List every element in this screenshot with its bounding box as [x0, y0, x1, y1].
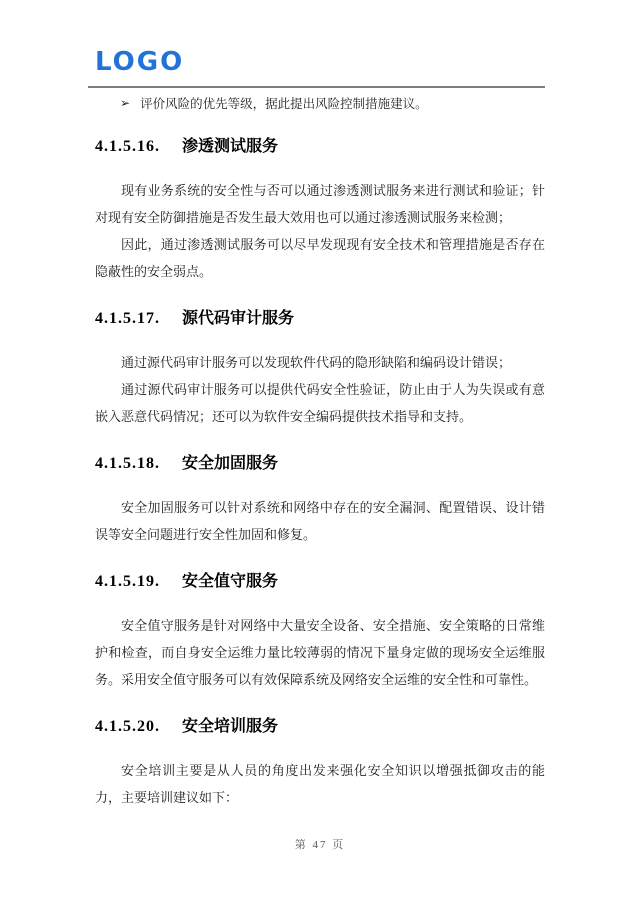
section-paragraph: 安全值守服务是针对网络中大量安全设备、安全措施、安全策略的日常维护和检查，而自身…: [95, 612, 545, 693]
section-number: 4.1.5.17.: [95, 310, 160, 327]
section-number: 4.1.5.18.: [95, 455, 160, 472]
section-penetration-testing: 4.1.5.16. 渗透测试服务 现有业务系统的安全性与否可以通过渗透测试服务来…: [95, 137, 545, 285]
document-body: 4.1.5.16. 渗透测试服务 现有业务系统的安全性与否可以通过渗透测试服务来…: [95, 137, 545, 811]
intro-bullet-text: 评价风险的优先等级，据此提出风险控制措施建议。: [140, 97, 428, 111]
section-title: 源代码审计服务: [182, 310, 294, 327]
section-number: 4.1.5.19.: [95, 573, 160, 590]
section-paragraph: 通过源代码审计服务可以提供代码安全性验证，防止由于人为失误或有意嵌入恶意代码情况…: [95, 376, 545, 430]
section-heading: 4.1.5.18. 安全加固服务: [95, 454, 545, 474]
section-security-training: 4.1.5.20. 安全培训服务 安全培训主要是从人员的角度出发来强化安全知识以…: [95, 717, 545, 811]
page-header: LOGO: [0, 0, 640, 88]
section-security-duty: 4.1.5.19. 安全值守服务 安全值守服务是针对网络中大量安全设备、安全措施…: [95, 572, 545, 693]
section-title: 安全加固服务: [182, 455, 278, 472]
section-security-hardening: 4.1.5.18. 安全加固服务 安全加固服务可以针对系统和网络中存在的安全漏洞…: [95, 454, 545, 548]
section-heading: 4.1.5.19. 安全值守服务: [95, 572, 545, 592]
section-heading: 4.1.5.20. 安全培训服务: [95, 717, 545, 737]
section-heading: 4.1.5.16. 渗透测试服务: [95, 137, 545, 157]
section-number: 4.1.5.20.: [95, 718, 160, 735]
section-paragraph: 因此，通过渗透测试服务可以尽早发现现有安全技术和管理措施是否存在隐蔽性的安全弱点…: [95, 231, 545, 285]
intro-bullet-line: ➢评价风险的优先等级，据此提出风险控制措施建议。: [120, 95, 545, 113]
section-paragraph: 现有业务系统的安全性与否可以通过渗透测试服务来进行测试和验证；针对现有安全防御措…: [95, 177, 545, 231]
section-title: 安全值守服务: [182, 573, 278, 590]
section-number: 4.1.5.16.: [95, 138, 160, 155]
page-number: 第 47 页: [0, 836, 640, 852]
section-heading: 4.1.5.17. 源代码审计服务: [95, 309, 545, 329]
section-source-code-audit: 4.1.5.17. 源代码审计服务 通过源代码审计服务可以发现软件代码的隐形缺陷…: [95, 309, 545, 430]
section-title: 渗透测试服务: [182, 138, 278, 155]
section-paragraph: 通过源代码审计服务可以发现软件代码的隐形缺陷和编码设计错误；: [95, 349, 545, 376]
document-page: LOGO ➢评价风险的优先等级，据此提出风险控制措施建议。 4.1.5.16. …: [0, 0, 640, 906]
logo: LOGO: [95, 47, 640, 77]
section-title: 安全培训服务: [182, 718, 278, 735]
section-paragraph: 安全培训主要是从人员的角度出发来强化安全知识以增强抵御攻击的能力，主要培训建议如…: [95, 757, 545, 811]
section-paragraph: 安全加固服务可以针对系统和网络中存在的安全漏洞、配置错误、设计错误等安全问题进行…: [95, 494, 545, 548]
arrowhead-bullet-icon: ➢: [120, 94, 130, 112]
header-divider: [88, 86, 545, 88]
